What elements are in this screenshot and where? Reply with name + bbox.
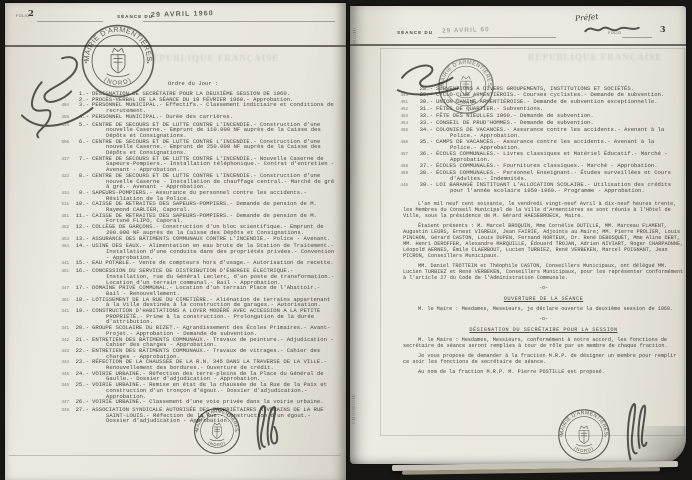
printer-mark [352,394,355,424]
item-number: 7.- [69,156,89,162]
body-block: M. le Maire : Mesdames, Messieurs, confo… [403,337,684,349]
header-rule [5,45,346,47]
body-text: MM. Daniel TROTTEIN et Théophile CASTON,… [403,263,683,281]
item-number: 6.- [69,139,89,145]
item-number: 19.- [69,308,89,314]
seance-label: SÉANCE DU [117,14,153,19]
item-text: COLLÈGE DE GARÇONS.- Construction d'un b… [92,224,337,235]
scanned-register-spread: RÉPUBLIQUE FRANÇAISE FOLIO 2 SÉANCE DU 2… [0,0,692,480]
agenda-item: 506 6.- CENTRE DE SECOURS ET DE LUTTE CO… [5,139,346,156]
item-number: 20.- [69,325,89,331]
body-text: M. le Maire : Mesdames, Messieurs, confo… [403,337,668,349]
folio-ruled-line [622,37,652,38]
pasted-sheet-edge [9,455,341,456]
item-number: 25.- [69,382,89,388]
item-number: 39.- [408,182,433,188]
bleedthrough-text: RÉPUBLIQUE FRANÇAISE [528,52,662,62]
item-number: 26.- [69,399,89,405]
date-ruled-line [143,21,335,22]
agenda-item: 464 14.- USINE DES EAUX.- Alimentation e… [5,243,346,260]
margin-ref: 447 [5,401,69,407]
agenda-list-right: 28.- SUBVENTIONS A DIVERS GROUPEMENTS, I… [350,86,686,194]
body-block: Au nom de la fraction M.R.P. M. Pierre P… [403,369,684,375]
item-text: CENTRE DE SECOURS ET DE LUTTE CONTRE L'I… [92,139,337,156]
item-number: 18.- [69,297,89,303]
item-text: CENTRE DE SECOURS ET DE LUTTE CONTRE L'I… [92,156,337,173]
seance-label: SÉANCE DU [397,30,433,35]
margin-ref: 444 [5,361,69,367]
item-text: CONSTRUCTION D'HABITATIONS A LOYER MODÉR… [92,308,337,325]
agenda-title: Ordre du Jour : [168,80,218,87]
margin-ref: 434 [5,192,69,198]
margin-ref: 414 [5,124,69,130]
margin-ref: 449 [350,93,408,99]
agenda-item: 348 27.- ASSOCIATION SYNDICALE AUTORISÉE… [5,407,346,424]
date-stamp: 29 AVRIL 60 [442,26,490,35]
bleedthrough-text: RÉPUBLIQUE FRANÇAISE [145,53,279,63]
item-text: VOIRIE URBAINE.- Classement d'une voie p… [92,399,337,405]
item-number: 21.- [69,337,89,343]
header-rule [350,44,686,46]
margin-ref: 447 [5,287,69,293]
page-corner-shadow [606,426,686,464]
agenda-list-left: 1.- DÉSIGNATION DE SECRÉTAIRE POUR LA DE… [5,91,346,424]
body-block: -o- [403,285,684,291]
svg-text:★: ★ [196,430,198,434]
item-number: 9.- [69,190,89,196]
body-text: OUVERTURE DE LA SÉANCE [504,296,584,302]
margin-ref: 341 [5,310,69,316]
body-block: MM. Daniel TROTTEIN et Théophile CASTON,… [403,263,684,281]
body-text: -o- [539,285,548,291]
item-number: 10.- [69,201,89,207]
margin-ref: 443 [5,350,69,356]
body-text: Je vous propose de demander à la fractio… [403,353,676,365]
item-number: 12.- [69,224,89,230]
agenda-item: 417 7.- CENTRE DE SECOURS ET DE LUTTE CO… [5,156,346,173]
item-text: PERSONNEL MUNICIPAL.- Durée des carrière… [92,114,337,120]
margin-ref: 455 [350,128,408,134]
folio-number: 2 [28,9,34,19]
margin-ref: 458 [350,164,408,170]
svg-text:★: ★ [235,430,237,434]
date-ruled-line [438,37,556,38]
item-number: 36.- [408,151,433,157]
item-text: EAU POTABLE.- Vente de compteurs hors d'… [92,260,337,266]
body-block: -o- [403,316,684,322]
margin-ref: 446 [350,183,408,189]
margin-ref: 423 [5,175,69,181]
margin-ref: 445 [5,373,69,379]
margin-ref: 464 [5,245,69,251]
folio-number: 3 [660,24,666,34]
body-block: Étaient présents : M. Marcel BROQUIN, Mm… [403,223,684,259]
body-text: L'an mil neuf cent soixante, le vendredi… [403,201,676,219]
item-text: CENTRE DE SECOURS ET DE LUTTE CONTRE L'I… [92,122,337,139]
agenda-item: 414 5.- CENTRE DE SECOURS ET DE LUTTE CO… [5,122,346,139]
signature [248,401,288,453]
agenda-item: 447 17.- DOMAINE PRIVÉ COMMUNAL.- Locati… [5,285,346,296]
item-number: 4.- [69,114,89,120]
item-number: 14.- [69,243,89,249]
item-number: 24.- [69,371,89,377]
margin-ref: 341 [5,327,69,333]
margin-ref: 453 [350,114,408,120]
body-text: DÉSIGNATION DU SECRÉTAIRE POUR LA SESSIO… [469,327,617,333]
item-text: USINE DES EAUX.- Alimentation en eau bru… [92,243,337,260]
item-number: 27.- [69,407,89,413]
item-number: 8.- [69,173,89,179]
margin-ref: 451 [5,270,69,276]
margin-ref: 451 [5,215,69,221]
item-number: 3.- [69,102,89,108]
item-text: ASSURANCE DES BÂTIMENTS COMMUNAUX CONTRE… [92,236,337,242]
item-number: 23.- [69,359,89,365]
agenda-item: 451 16.- CONCESSION DU SERVICE DE DISTRI… [5,268,346,285]
margin-ref: 461 [5,299,69,305]
margin-ref: 457 [350,152,408,158]
mairie-armentieres-stamp: MAIRIE D'ARMENTIÈRES(NORD)★★ [557,408,611,462]
page-left: RÉPUBLIQUE FRANÇAISE FOLIO 2 SÉANCE DU 2… [5,3,346,480]
date-stamp: 29 AVRIL 1960 [151,10,214,19]
body-block: L'an mil neuf cent soixante, le vendredi… [403,201,684,219]
agenda-item: 346 25.- VOIRIE URBAINE.- Remise en état… [5,382,346,399]
item-number: 34.- [408,127,433,133]
minutes-body: L'an mil neuf cent soixante, le vendredi… [403,201,684,379]
item-number: 16.- [69,268,89,274]
body-block: DÉSIGNATION DU SECRÉTAIRE POUR LA SESSIO… [403,327,684,333]
body-text: -o- [539,316,548,322]
item-number: 15.- [69,260,89,266]
margin-ref: 346 [5,384,69,390]
item-text: DOMAINE PRIVÉ COMMUNAL.- Location d'un t… [92,285,337,296]
body-block: M. le Maire : Mesdames, Messieurs, je dé… [403,306,684,312]
margin-ref: 506 [5,141,69,147]
item-number: 35.- [408,139,433,145]
margin-ref: 417 [5,158,69,164]
body-text: M. le Maire : Mesdames, Messieurs, je dé… [418,306,673,312]
body-text: Étaient présents : M. Marcel BROQUIN, Mm… [403,223,683,259]
agenda-item: 341 20.- GROUPE SCOLAIRE DU BIZET.- Agra… [5,325,346,336]
agenda-item: 341 19.- CONSTRUCTION D'HABITATIONS A LO… [5,308,346,325]
item-number: 13.- [69,236,89,242]
margin-ref: 456 [350,140,408,146]
item-text: CENTRE DE SECOURS ET DE LUTTE CONTRE L'I… [92,173,337,190]
item-number: 5.- [69,122,89,128]
mairie-armentieres-stamp: MAIRIE D'ARMENTIÈRES(NORD)★★ [193,407,241,455]
body-block: OUVERTURE DE LA SÉANCE [403,296,684,302]
page-right: RÉPUBLIQUE FRANÇAISE SÉANCE DU 29 AVRIL … [350,6,686,464]
folio-label: FOLIO [608,31,621,35]
margin-ref: 453 [5,238,69,244]
item-number: 38.- [408,170,433,176]
margin-ref: 342 [5,339,69,345]
margin-ref: 459 [350,171,408,177]
margin-ref: 452 [350,107,408,113]
margin-ref: 441 [5,262,69,268]
margin-ref: 451 [350,100,408,106]
body-block: Je vous propose de demander à la fractio… [403,353,684,365]
margin-ref: 452 [5,226,69,232]
margin-ref: 404 [5,104,69,110]
item-text: GROUPE SCOLAIRE DU BIZET.- Agrandissemen… [92,325,337,336]
agenda-item: 452 12.- COLLÈGE DE GARÇONS.- Constructi… [5,224,346,235]
body-text: Au nom de la fraction M.R.P. M. Pierre P… [418,369,605,375]
printer-mark [353,28,356,46]
item-number: 22.- [69,348,89,354]
margin-ref: 511 [5,203,69,209]
folio-ruled-line [37,21,103,22]
margin-ref: 455 [5,116,69,122]
svg-text:(NORD): (NORD) [103,76,134,87]
item-text: VOIRIE URBAINE.- Remise en état de la ch… [92,382,337,399]
item-text: CONCESSION DU SERVICE DE DISTRIBUTION D'… [92,268,337,285]
item-text: LOI BARANGÉ INSTITUANT L'ALLOCATION SCOL… [436,182,682,194]
margin-ref: 454 [350,121,408,127]
item-number: 11.- [69,213,89,219]
item-number: 17.- [69,285,89,291]
svg-text:★: ★ [147,60,150,66]
margin-ref: 348 [5,409,69,415]
agenda-item: 423 8.- CENTRE DE SECOURS ET DE LUTTE CO… [5,173,346,190]
agenda-item: 446 39.- LOI BARANGÉ INSTITUANT L'ALLOCA… [350,182,686,194]
